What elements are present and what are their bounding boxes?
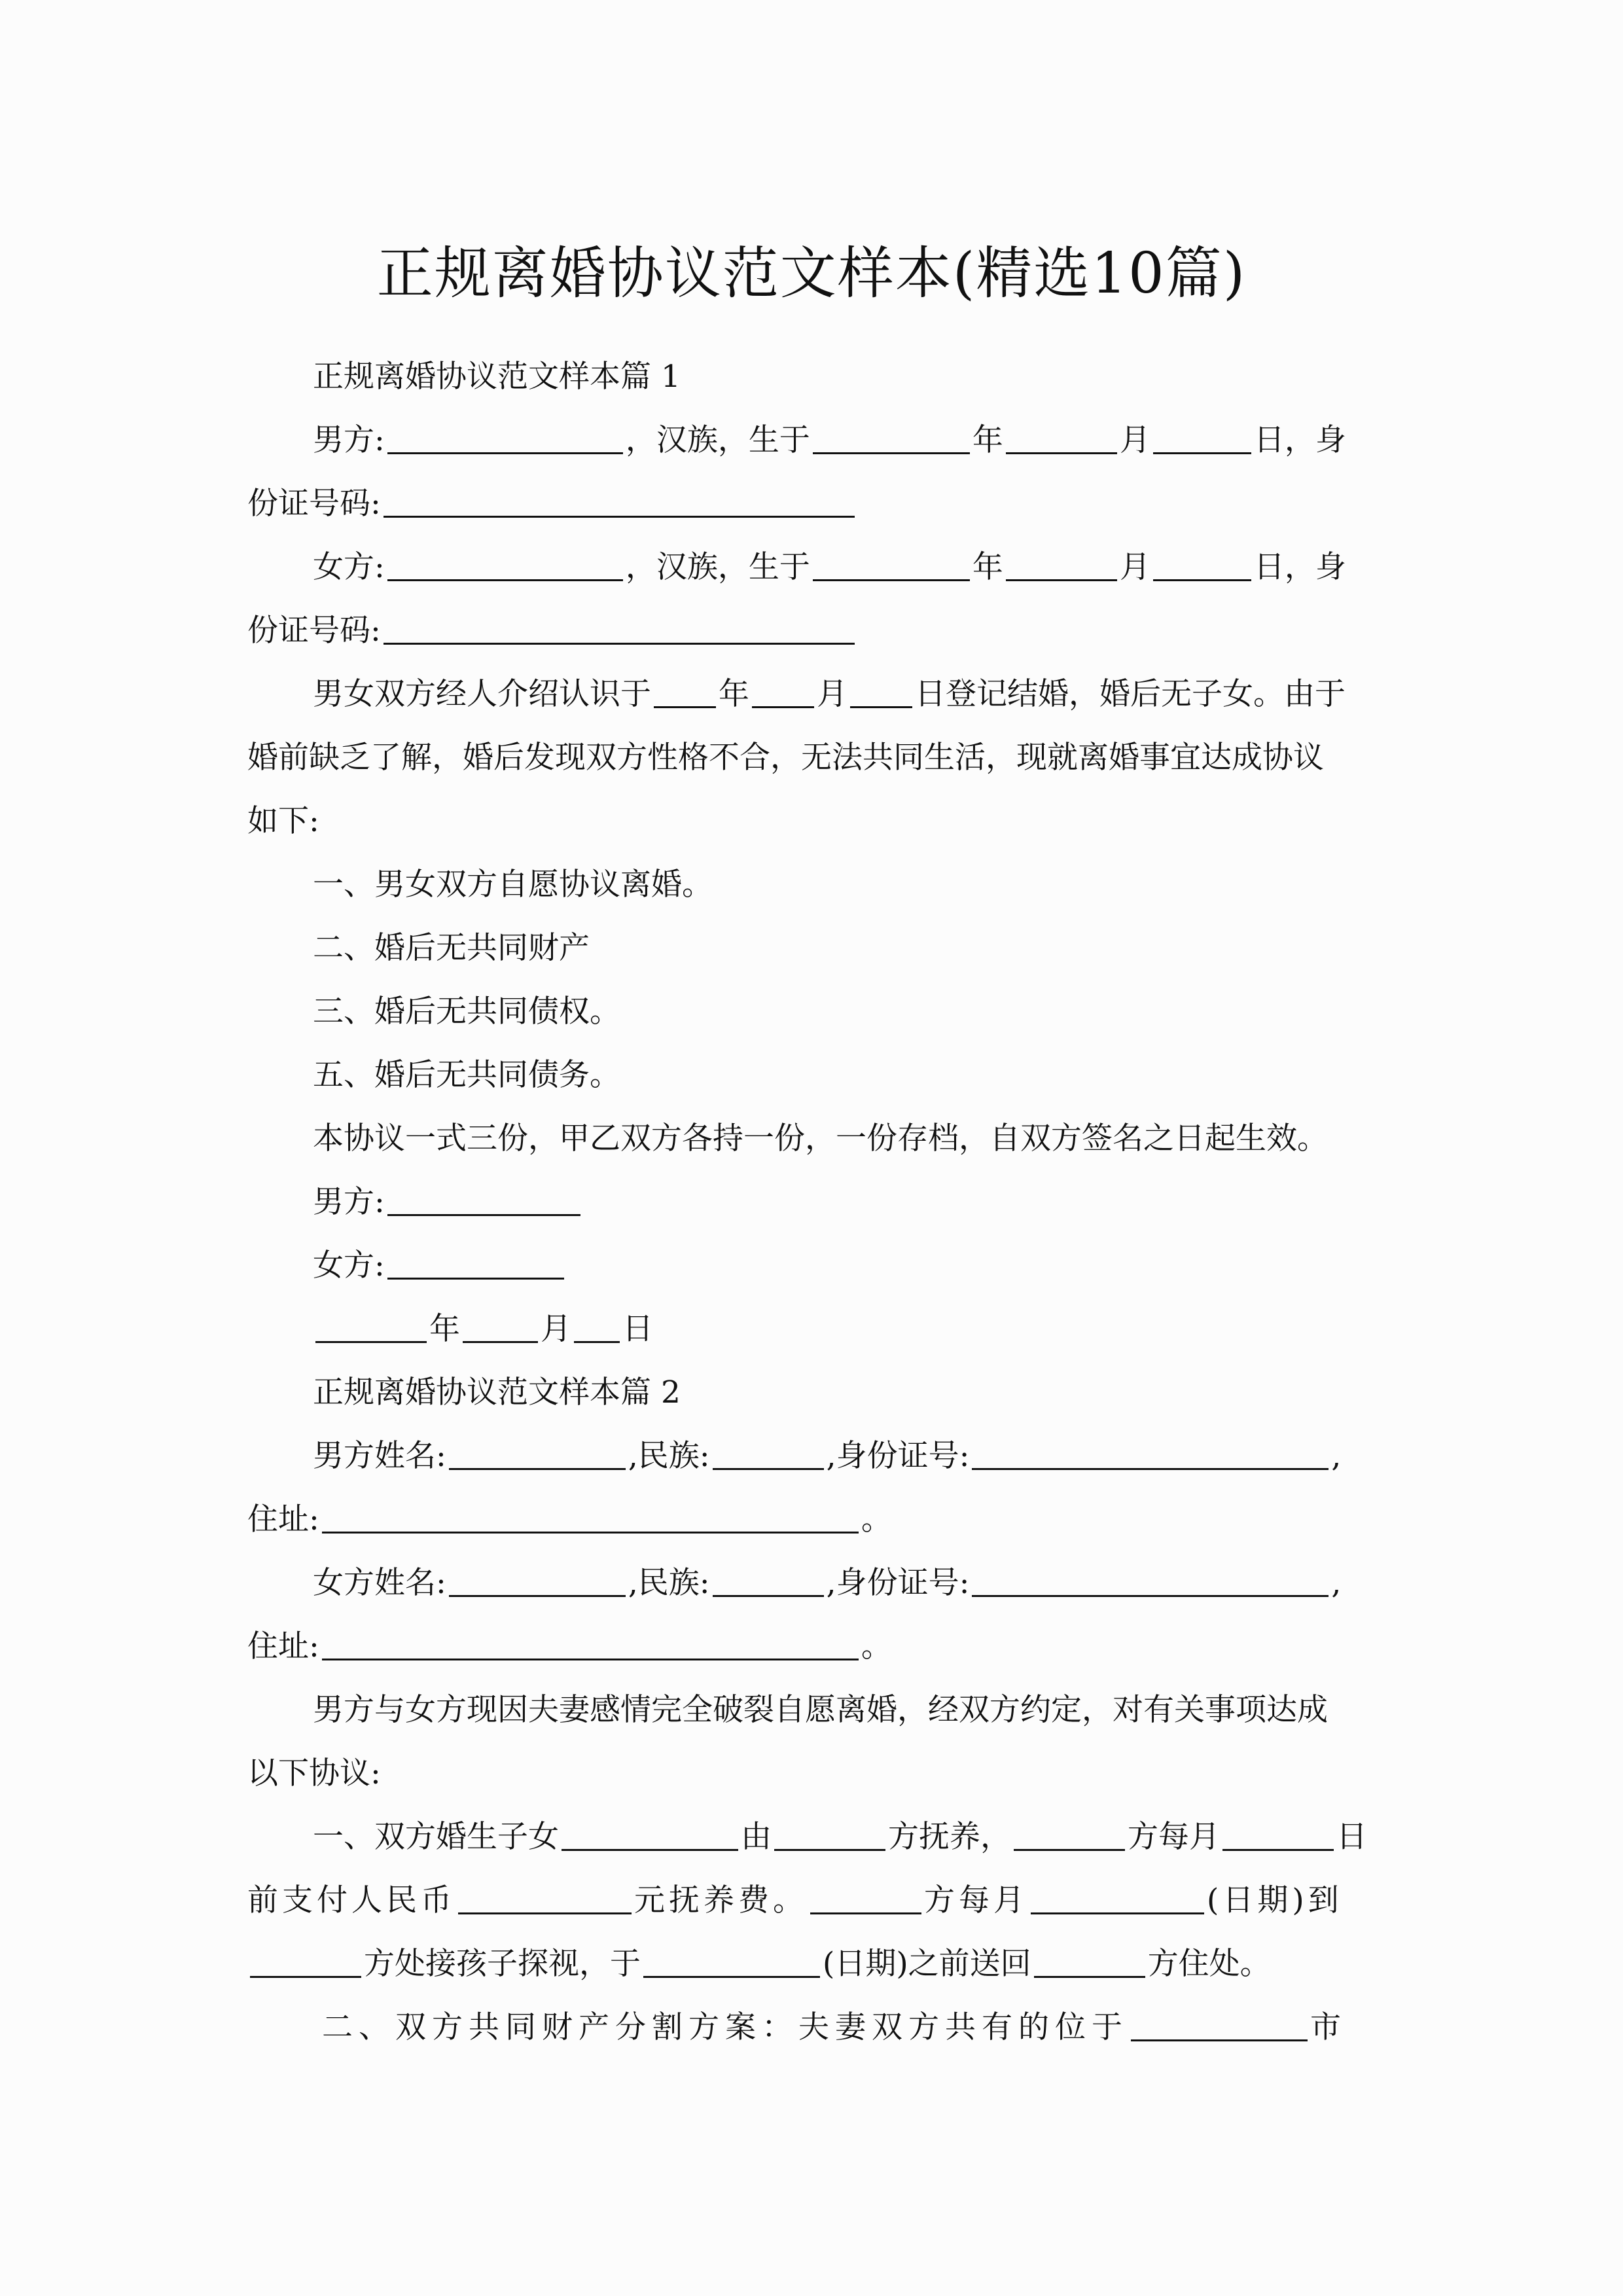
fill-in-blank[interactable] [463, 1313, 538, 1342]
document-line: 男女双方经人介绍认识于年月日登记结婚，婚后无子女。由于 [313, 662, 1465, 726]
fill-in-blank[interactable] [322, 1630, 859, 1660]
line-text: 婚前缺乏了解，婚后发现双方性格不合，无法共同生活，现就离婚事宜达成协议 [247, 740, 1324, 776]
line-text: 年 [972, 549, 1003, 585]
fill-in-blank[interactable] [1153, 551, 1251, 581]
fill-in-blank[interactable] [383, 615, 855, 644]
document-line: 年月日 [313, 1297, 1465, 1361]
line-text: ,身份证号: [827, 1565, 970, 1601]
line-text: 女方姓名: [313, 1565, 446, 1601]
document-line: 五、婚后无共同债务。 [313, 1043, 1465, 1107]
line-text: 正规离婚协议范文样本篇 2 [313, 1374, 681, 1410]
line-text: 男方与女方现因夫妻感情完全破裂自愿离婚，经双方约定，对有关事项达成 [313, 1692, 1328, 1728]
document-line: 方处接孩子探视，于(日期)之前送回方住处。 [247, 1932, 1399, 1996]
line-text: ,民族: [628, 1565, 710, 1601]
fill-in-blank[interactable] [972, 1440, 1329, 1469]
line-text: 女方: [313, 1247, 385, 1283]
line-text: 五、婚后无共同债务。 [313, 1057, 620, 1093]
document-line: 份证号码: [247, 599, 1399, 662]
line-text: 月 [817, 676, 847, 712]
line-text: ，汉族，生于 [626, 422, 810, 458]
document-line: 本协议一式三份，甲乙双方各持一份，一份存档，自双方签名之日起生效。 [313, 1107, 1465, 1170]
line-text: 月 [1120, 549, 1150, 585]
document-line: 住址:。 [247, 1488, 1399, 1551]
fill-in-blank[interactable] [813, 551, 970, 581]
line-text: 方处接孩子探视，于 [364, 1946, 641, 1982]
document-line: 婚前缺乏了解，婚后发现双方性格不合，无法共同生活，现就离婚事宜达成协议 [247, 726, 1399, 789]
fill-in-blank[interactable] [1131, 2011, 1308, 2041]
document-line: 一、双方婚生子女由方抚养，方每月日 [313, 1805, 1465, 1869]
fill-in-blank[interactable] [322, 1503, 859, 1533]
line-text: 如下: [247, 803, 319, 839]
line-text: 正规离婚协议范文样本篇 1 [313, 359, 681, 395]
line-text: ,民族: [628, 1438, 710, 1474]
line-text: 方抚养， [888, 1819, 1011, 1855]
fill-in-blank[interactable] [387, 424, 623, 454]
line-text: 女方: [313, 549, 385, 585]
fill-in-blank[interactable] [1222, 1821, 1334, 1850]
line-text: 住址: [247, 1628, 319, 1664]
document-line: 男方: [313, 1170, 1465, 1234]
fill-in-blank[interactable] [1034, 1948, 1145, 1977]
fill-in-blank[interactable] [449, 1440, 626, 1469]
line-text: 一、双方婚生子女 [313, 1819, 559, 1855]
line-text: 日，身 [1254, 422, 1346, 458]
fill-in-blank[interactable] [774, 1821, 885, 1850]
fill-in-blank[interactable] [574, 1313, 620, 1342]
line-text: 三、婚后无共同债权。 [313, 994, 620, 1030]
fill-in-blank[interactable] [387, 1186, 580, 1215]
line-text: 元抚养费。 [634, 1882, 808, 1918]
fill-in-blank[interactable] [387, 551, 623, 581]
line-text: 年 [429, 1311, 460, 1347]
line-text: , [1331, 1438, 1341, 1474]
line-text: 二、双方共同财产分割方案：夫妻双方共有的位于 [322, 2009, 1128, 2045]
document-line: 男方:，汉族，生于年月日，身 [313, 408, 1465, 472]
line-text: 二、婚后无共同财产 [313, 930, 590, 966]
document-page: 正规离婚协议范文样本(精选10篇) 正规离婚协议范文样本篇 1男方:，汉族，生于… [0, 0, 1623, 2296]
fill-in-blank[interactable] [387, 1249, 564, 1279]
line-text: 月 [1120, 422, 1150, 458]
line-text: 男女双方经人介绍认识于 [313, 676, 651, 712]
line-text: 本协议一式三份，甲乙双方各持一份，一份存档，自双方签名之日起生效。 [313, 1121, 1328, 1157]
line-text: 方住处。 [1148, 1946, 1271, 1982]
fill-in-blank[interactable] [315, 1313, 427, 1342]
document-line: 住址:。 [247, 1615, 1399, 1678]
line-text: 方每月 [924, 1882, 1028, 1918]
fill-in-blank[interactable] [1031, 1884, 1204, 1914]
line-text: , [1331, 1565, 1341, 1601]
line-text: 月 [541, 1311, 571, 1347]
fill-in-blank[interactable] [850, 678, 912, 708]
document-line: 正规离婚协议范文样本篇 2 [313, 1361, 1465, 1424]
fill-in-blank[interactable] [713, 1567, 824, 1596]
document-line: 女方:，汉族，生于年月日，身 [313, 535, 1465, 599]
document-line: 女方: [313, 1234, 1465, 1297]
line-text: ，汉族，生于 [626, 549, 810, 585]
line-text: 住址: [247, 1501, 319, 1537]
line-text: 。 [861, 1628, 892, 1664]
fill-in-blank[interactable] [1006, 551, 1117, 581]
fill-in-blank[interactable] [383, 488, 855, 517]
fill-in-blank[interactable] [654, 678, 716, 708]
line-text: 年 [972, 422, 1003, 458]
line-text: 日 [622, 1311, 653, 1347]
document-line: 一、男女双方自愿协议离婚。 [313, 853, 1465, 916]
fill-in-blank[interactable] [643, 1948, 820, 1977]
document-line: 男方姓名:,民族:,身份证号:, [313, 1424, 1465, 1488]
fill-in-blank[interactable] [813, 424, 970, 454]
line-text: 日登记结婚，婚后无子女。由于 [915, 676, 1346, 712]
line-text: 日，身 [1254, 549, 1346, 585]
fill-in-blank[interactable] [713, 1440, 824, 1469]
document-line: 份证号码: [247, 472, 1399, 535]
line-text: ,身份证号: [827, 1438, 970, 1474]
fill-in-blank[interactable] [972, 1567, 1329, 1596]
line-text: 前支付人民币 [247, 1882, 455, 1918]
line-text: (日期)到 [1207, 1882, 1343, 1918]
fill-in-blank[interactable] [250, 1948, 361, 1977]
line-text: 男方: [313, 422, 385, 458]
fill-in-blank[interactable] [1014, 1821, 1125, 1850]
document-line: 正规离婚协议范文样本篇 1 [313, 345, 1465, 408]
document-line: 二、双方共同财产分割方案：夫妻双方共有的位于市 [322, 1996, 1474, 2059]
line-text: 份证号码: [247, 486, 381, 522]
document-line: 三、婚后无共同债权。 [313, 980, 1465, 1043]
document-line: 男方与女方现因夫妻感情完全破裂自愿离婚，经双方约定，对有关事项达成 [313, 1678, 1465, 1742]
line-text: 年 [719, 676, 749, 712]
line-text: 。 [861, 1501, 892, 1537]
document-line: 如下: [247, 789, 1399, 853]
fill-in-blank[interactable] [458, 1884, 632, 1914]
fill-in-blank[interactable] [752, 678, 814, 708]
line-text: 男方姓名: [313, 1438, 446, 1474]
document-line: 女方姓名:,民族:,身份证号:, [313, 1551, 1465, 1615]
document-title: 正规离婚协议范文样本(精选10篇) [0, 238, 1623, 310]
fill-in-blank[interactable] [562, 1821, 738, 1850]
line-text: 以下协议: [247, 1755, 381, 1791]
line-text: 方每月 [1128, 1819, 1220, 1855]
document-line: 二、婚后无共同财产 [313, 916, 1465, 980]
line-text: 份证号码: [247, 613, 381, 649]
document-line: 以下协议: [247, 1742, 1399, 1805]
line-text: 日 [1336, 1819, 1367, 1855]
line-text: 市 [1310, 2009, 1347, 2045]
fill-in-blank[interactable] [1153, 424, 1251, 454]
line-text: (日期)之前送回 [823, 1946, 1031, 1982]
line-text: 由 [741, 1819, 772, 1855]
fill-in-blank[interactable] [449, 1567, 626, 1596]
fill-in-blank[interactable] [1006, 424, 1117, 454]
line-text: 男方: [313, 1184, 385, 1220]
line-text: 一、男女双方自愿协议离婚。 [313, 867, 713, 903]
document-line: 前支付人民币元抚养费。方每月(日期)到 [247, 1869, 1399, 1932]
fill-in-blank[interactable] [810, 1884, 921, 1914]
